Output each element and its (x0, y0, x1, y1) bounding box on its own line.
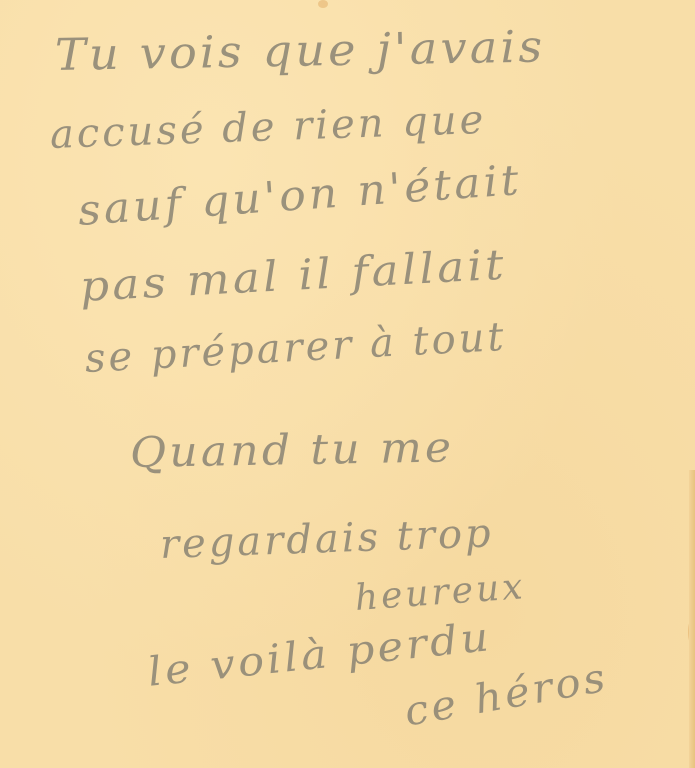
handwritten-line: heureux (354, 566, 527, 619)
handwritten-line: se préparer à tout (84, 314, 508, 382)
paper-sheet: Tu vois que j'avais accusé de rien que s… (0, 0, 695, 768)
paper-stain (318, 0, 328, 8)
handwritten-line: Tu vois que j'avais (55, 21, 546, 81)
handwritten-line: ce héros (401, 655, 612, 736)
paper-edge (689, 470, 695, 768)
handwritten-line: pas mal il fallait (79, 240, 508, 311)
handwritten-line: accusé de rien que (49, 97, 487, 158)
handwritten-line: sauf qu'on n'était (76, 155, 523, 235)
handwritten-line: Quand tu me (130, 422, 455, 477)
handwritten-line: regardais trop (159, 510, 494, 568)
